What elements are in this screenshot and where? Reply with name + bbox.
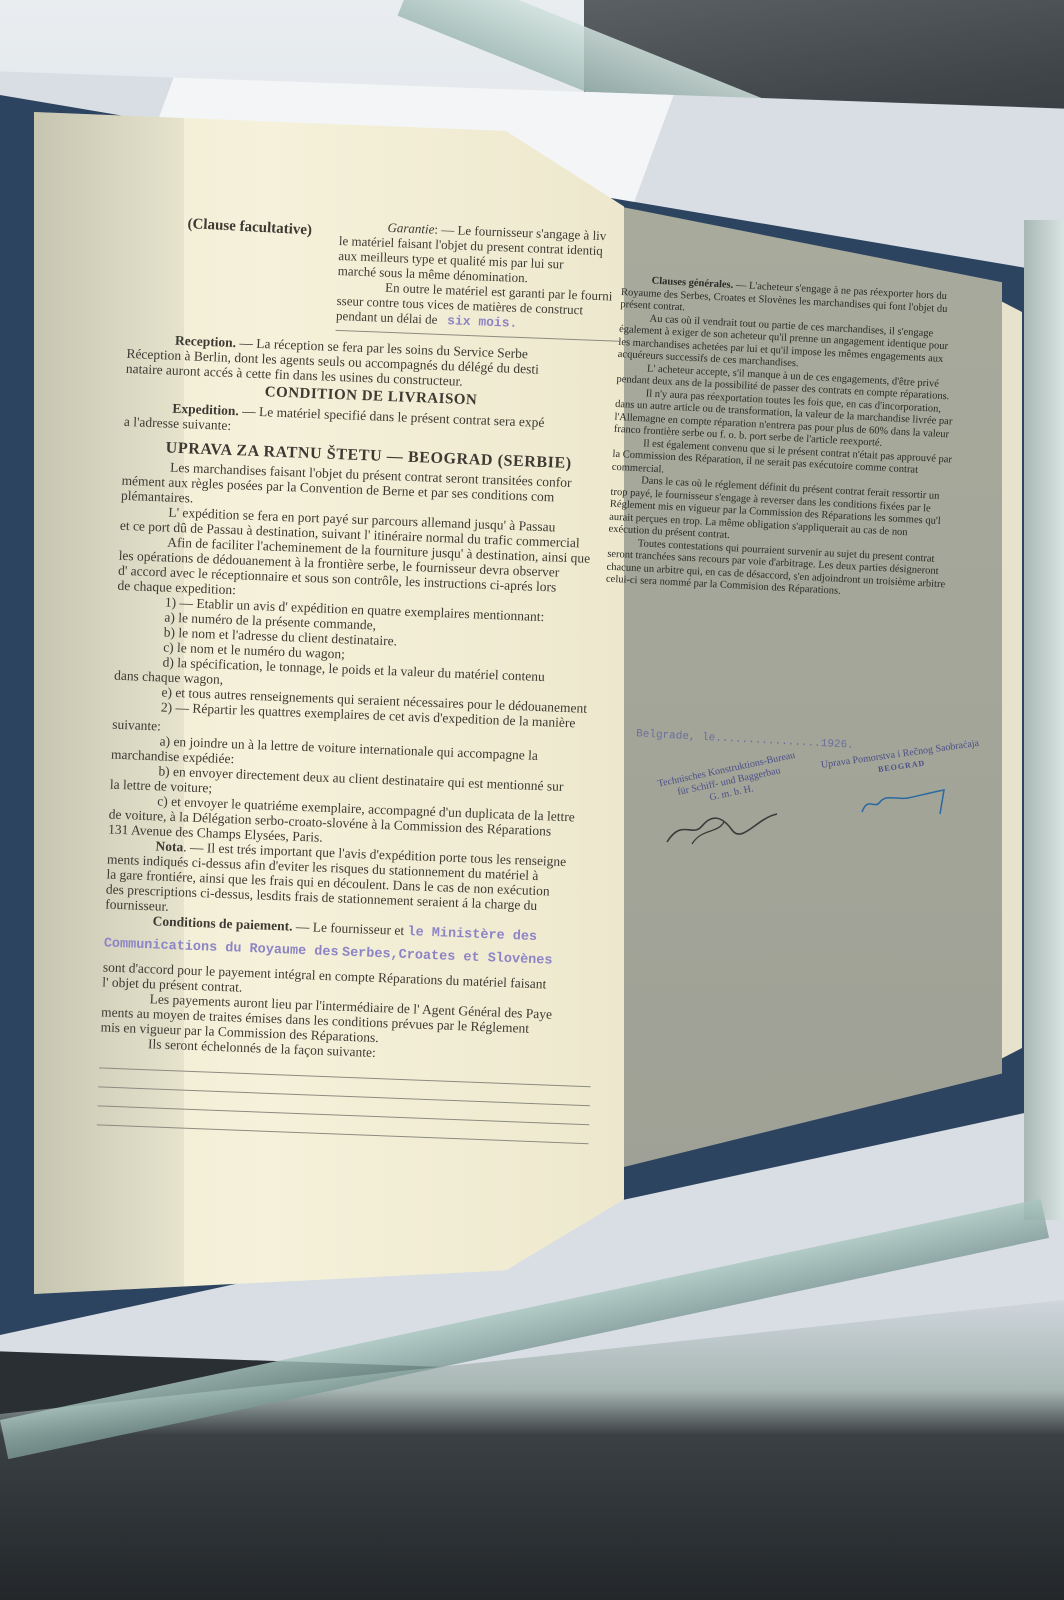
glass-edge-right <box>1024 220 1064 1220</box>
typed-party: le Ministère des <box>407 925 537 945</box>
typed-guarantee-period: six mois. <box>447 313 518 331</box>
typed-party: Serbes,Croates et Slovènes <box>342 946 553 969</box>
display-case-scene: (Clause facultative) Garantie: — Le four… <box>0 0 1064 1600</box>
supplier-signature <box>662 808 782 848</box>
nota-title: Nota <box>155 838 183 854</box>
typed-party: Communications du Royaume des <box>104 936 339 960</box>
left-page-text: Garantie: — Le fournisseur s'angage à li… <box>97 210 624 1144</box>
guarantee-clause: Garantie: — Le fournisseur s'angage à li… <box>128 210 624 342</box>
right-page-text: Clauses générales. — L'acheteur s'engage… <box>606 274 962 604</box>
text-line: pendant un délai de <box>336 308 438 327</box>
text-line: — Le fournisseur et <box>292 919 404 938</box>
buyer-signature <box>858 786 948 816</box>
